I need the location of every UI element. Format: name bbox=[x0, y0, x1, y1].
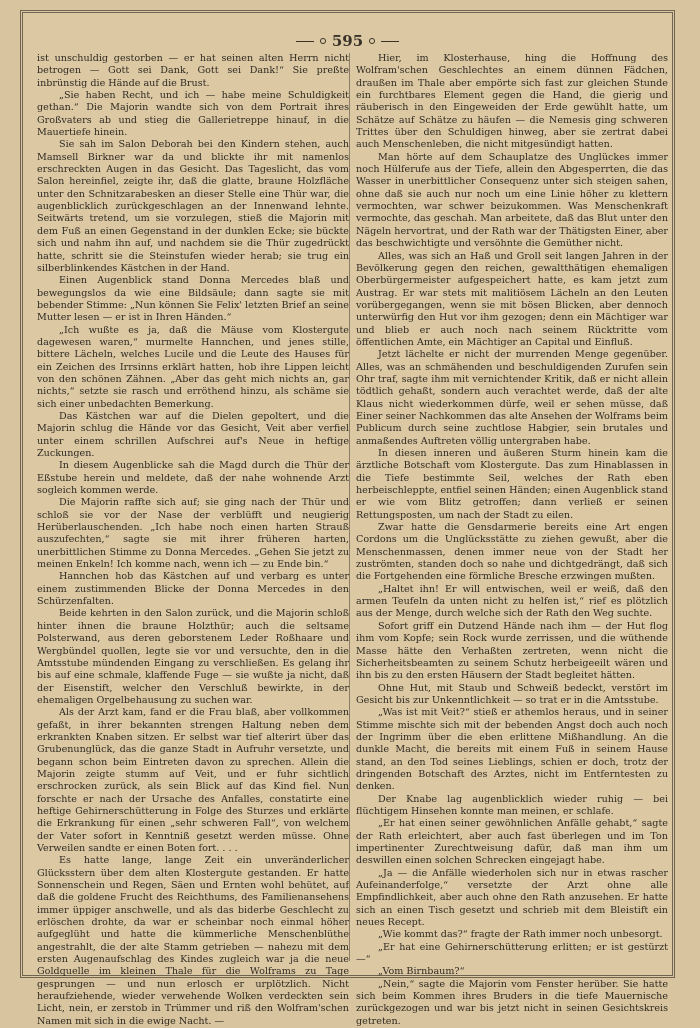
paragraph: Zwar hatte die Gensdarmerie bereits eine… bbox=[356, 522, 668, 584]
paragraph: Alles, was sich an Haß und Groll seit la… bbox=[356, 251, 668, 350]
paragraph: Beide kehrten in den Salon zurück, und d… bbox=[37, 608, 349, 707]
paragraph: ist unschuldig gestorben — er hat seinen… bbox=[37, 53, 349, 90]
paragraph: „Ich wußte es ja, daß die Mäuse vom Klos… bbox=[37, 325, 349, 411]
paragraph: „Nein,“ sagte die Majorin vom Fenster he… bbox=[356, 979, 668, 989]
paragraph: Als der Arzt kam, fand er die Frau blaß,… bbox=[37, 707, 349, 855]
paragraph: Sofort griff ein Dutzend Hände nach ihm … bbox=[356, 621, 668, 683]
paragraph: Es hatte lange, lange Zeit ein unverände… bbox=[37, 855, 349, 989]
paragraph: „Haltet ihn! Er will entwischen, weil er… bbox=[356, 584, 668, 621]
ornament-dot-left bbox=[320, 38, 326, 44]
paragraph: „Er hat einen seiner gewöhnlichen Anfäll… bbox=[356, 818, 668, 867]
paragraph: In diesen inneren und äußeren Sturm hine… bbox=[356, 448, 668, 522]
paragraph: Die Majorin raffte sich auf; sie ging na… bbox=[37, 497, 349, 571]
paragraph: Der Knabe lag augenblicklich wieder ruhi… bbox=[356, 794, 668, 819]
ornament-dot-right bbox=[369, 38, 375, 44]
paragraph: Man hörte auf dem Schauplatze des Unglüc… bbox=[356, 152, 668, 251]
paragraph: „Was ist mit Veit?“ stieß er athemlos he… bbox=[356, 707, 668, 793]
magazine-page: 595 ist unschuldig gestorben — er hat se… bbox=[20, 10, 675, 978]
ornament-rule-right bbox=[381, 41, 399, 42]
page-header: 595 bbox=[23, 31, 672, 51]
paragraph: Ohne Hut, mit Staub und Schweiß bedeckt,… bbox=[356, 683, 668, 708]
paragraph: In diesem Augenblicke sah die Magd durch… bbox=[37, 460, 349, 497]
paragraph: „Ja — die Anfälle wiederholen sich nur i… bbox=[356, 868, 668, 930]
paragraph: „Vom Birnbaum?“ bbox=[356, 966, 668, 978]
page-number: 595 bbox=[332, 32, 363, 50]
paragraph: Hier, im Klosterhause, hing die Hoffnung… bbox=[356, 53, 668, 152]
ornament-rule-left bbox=[296, 41, 314, 42]
paragraph: Jetzt lächelte er nicht der murrenden Me… bbox=[356, 349, 668, 448]
paragraph: „Sie haben Recht, und ich — habe meine S… bbox=[37, 90, 349, 139]
column-divider bbox=[349, 53, 350, 961]
paragraph: Das Kästchen war auf die Dielen gepolter… bbox=[37, 411, 349, 460]
paragraph: „Er hat eine Gehirnerschütterung erlitte… bbox=[356, 942, 668, 967]
right-column: Hier, im Klosterhause, hing die Hoffnung… bbox=[356, 53, 668, 989]
paragraph: Sie sah im Salon Deborah bei den Kindern… bbox=[37, 139, 349, 275]
left-column: ist unschuldig gestorben — er hat seinen… bbox=[37, 53, 349, 989]
paragraph: „Wie kommt das?“ fragte der Rath immer n… bbox=[356, 929, 668, 941]
paragraph: Einen Augenblick stand Donna Mercedes bl… bbox=[37, 275, 349, 324]
paragraph: Hannchen hob das Kästchen auf und verbar… bbox=[37, 571, 349, 608]
